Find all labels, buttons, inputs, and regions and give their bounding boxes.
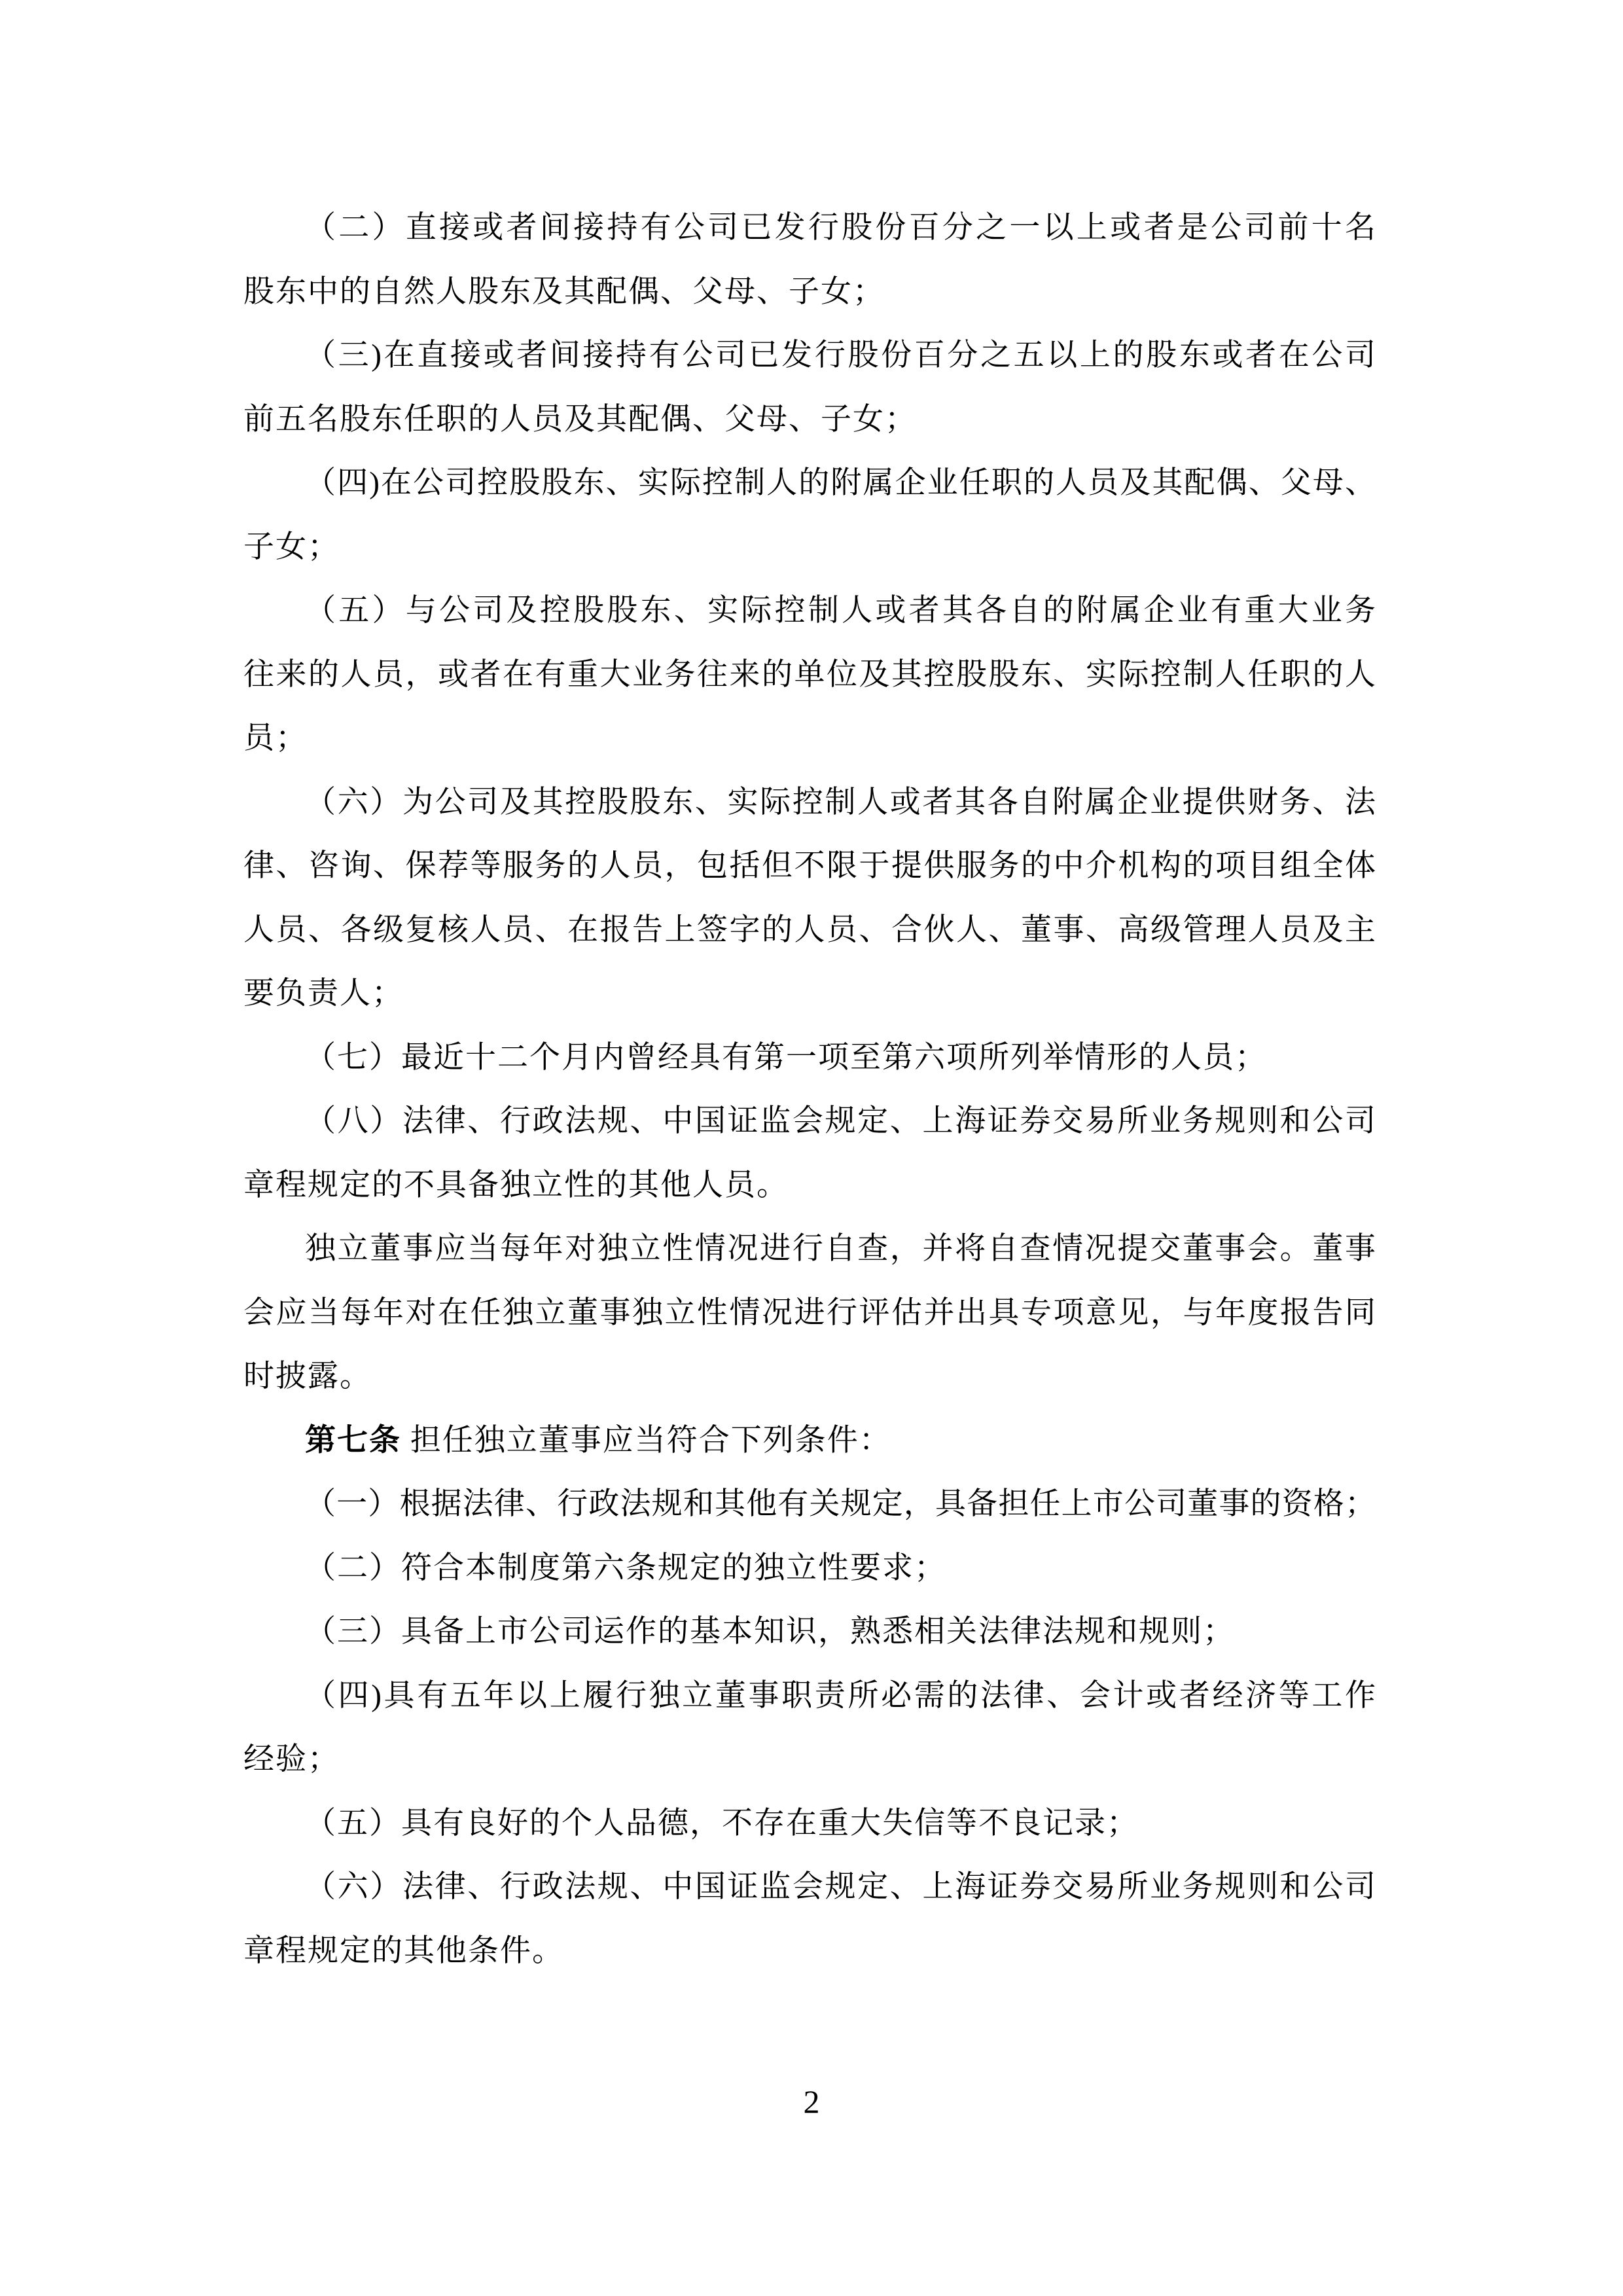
- text-line: （二）符合本制度第六条规定的独立性要求；: [243, 1537, 1376, 1601]
- text-line: （四)具有五年以上履行独立董事职责所必需的法律、会计或者经济等工作: [243, 1664, 1376, 1729]
- text-line: 人员、各级复核人员、在报告上签字的人员、合伙人、董事、高级管理人员及主: [243, 899, 1376, 963]
- text-line: （六）为公司及其控股股东、实际控制人或者其各自附属企业提供财务、法: [243, 771, 1376, 835]
- text-line-article-heading: 第七条 担任独立董事应当符合下列条件：: [243, 1409, 1376, 1473]
- text-line: 独立董事应当每年对独立性情况进行自查，并将自查情况提交董事会。董事: [243, 1217, 1376, 1282]
- text-line: （七）最近十二个月内曾经具有第一项至第六项所列举情形的人员；: [243, 1026, 1376, 1090]
- text-line: 章程规定的其他条件。: [243, 1920, 1376, 1984]
- text-line: 时披露。: [243, 1345, 1376, 1409]
- text-line: 员；: [243, 707, 1376, 771]
- text-line: 律、咨询、保荐等服务的人员，包括但不限于提供服务的中介机构的项目组全体: [243, 834, 1376, 899]
- text-line: 经验；: [243, 1728, 1376, 1792]
- text-line: （五）具有良好的个人品德，不存在重大失信等不良记录；: [243, 1792, 1376, 1856]
- text-line: （八）法律、行政法规、中国证监会规定、上海证券交易所业务规则和公司: [243, 1090, 1376, 1154]
- page-number: 2: [0, 2085, 1623, 2118]
- text-line: （五）与公司及控股股东、实际控制人或者其各自的附属企业有重大业务: [243, 579, 1376, 643]
- text-line: （三)在直接或者间接持有公司已发行股份百分之五以上的股东或者在公司: [243, 324, 1376, 388]
- text-line: （六）法律、行政法规、中国证监会规定、上海证券交易所业务规则和公司: [243, 1856, 1376, 1920]
- text-line: 要负责人；: [243, 962, 1376, 1026]
- text-line: 子女；: [243, 516, 1376, 580]
- text-line: 会应当每年对在任独立董事独立性情况进行评估并出具专项意见，与年度报告同: [243, 1282, 1376, 1346]
- article-number-label: 第七条: [305, 1424, 401, 1458]
- text-line: （一）根据法律、行政法规和其他有关规定，具备担任上市公司董事的资格；: [243, 1473, 1376, 1537]
- article-heading-text: 担任独立董事应当符合下列条件：: [401, 1424, 891, 1458]
- document-page: （二）直接或者间接持有公司已发行股份百分之一以上或者是公司前十名 股东中的自然人…: [0, 0, 1623, 2296]
- text-line: （三）具备上市公司运作的基本知识，熟悉相关法律法规和规则；: [243, 1600, 1376, 1664]
- text-line: 往来的人员，或者在有重大业务往来的单位及其控股股东、实际控制人任职的人: [243, 643, 1376, 708]
- text-line: 前五名股东任职的人员及其配偶、父母、子女；: [243, 388, 1376, 452]
- text-line: （二）直接或者间接持有公司已发行股份百分之一以上或者是公司前十名: [243, 196, 1376, 260]
- text-line: 股东中的自然人股东及其配偶、父母、子女；: [243, 260, 1376, 325]
- document-text-block: （二）直接或者间接持有公司已发行股份百分之一以上或者是公司前十名 股东中的自然人…: [243, 196, 1376, 1983]
- text-line: （四)在公司控股股东、实际控制人的附属企业任职的人员及其配偶、父母、: [243, 452, 1376, 516]
- text-line: 章程规定的不具备独立性的其他人员。: [243, 1154, 1376, 1218]
